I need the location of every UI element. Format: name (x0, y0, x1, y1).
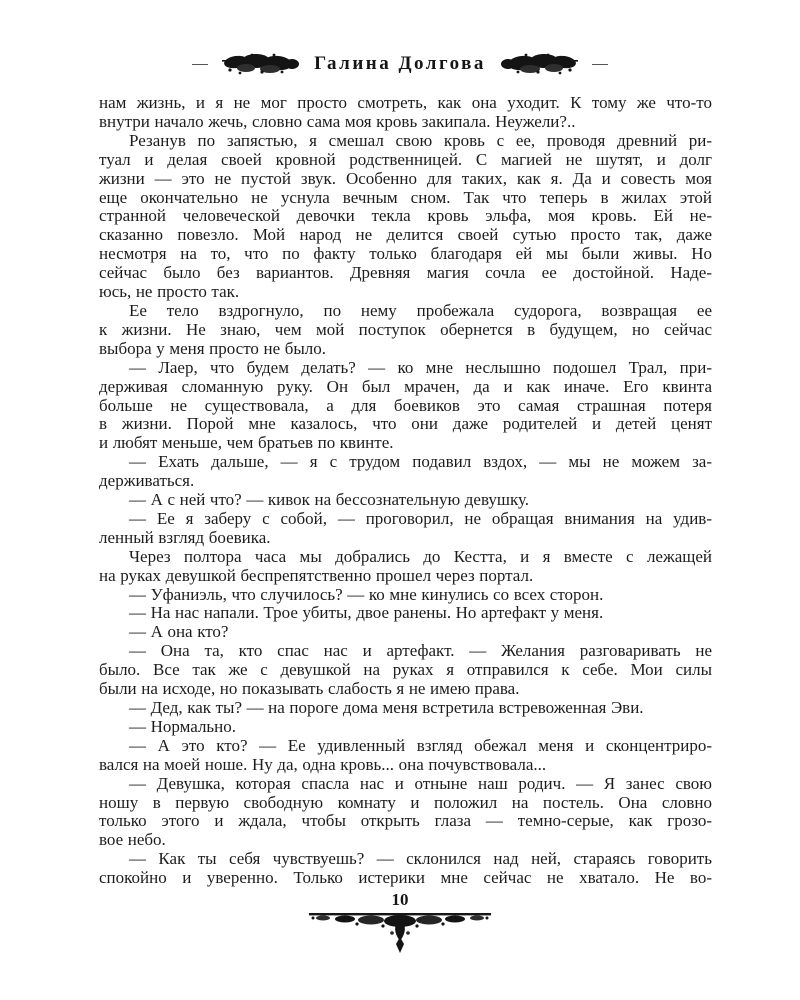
head-rule-right (592, 64, 608, 65)
text-line: держивая сломанную руку. Он был мрачен, … (99, 378, 712, 397)
footer-ornament-icon (305, 911, 495, 955)
text-line: — Ехать дальше, — я с трудом подавил взд… (99, 453, 712, 472)
text-line: — Она та, кто спас нас и артефакт. — Жел… (99, 642, 712, 661)
text-line: несмотря на то, что по факту только благ… (99, 245, 712, 264)
text-block: нам жизнь, и я не мог просто смотреть, к… (99, 94, 712, 888)
text-line: в жизни. Порой мне казалось, что они даж… (99, 415, 712, 434)
floral-ornament-left-icon (222, 52, 300, 76)
running-head: Галина Долгова (0, 52, 800, 76)
text-line: внутри начало жечь, словно сама моя кров… (99, 113, 712, 132)
text-line: — Лаер, что будем делать? — ко мне неслы… (99, 359, 712, 378)
text-line: было. Все так же с девушкой на руках я о… (99, 661, 712, 680)
text-line: — А это кто? — Ее удивленный взгляд обеж… (99, 737, 712, 756)
floral-ornament-right-icon (500, 52, 578, 76)
text-line: ленный взгляд боевика. (99, 529, 712, 548)
text-line: — Нормально. (99, 718, 712, 737)
text-line: юсь, не просто так. (99, 283, 712, 302)
text-line: спокойно и уверенно. Только истерики мне… (99, 869, 712, 888)
text-line: вое небо. (99, 831, 712, 850)
text-line: к жизни. Не знаю, чем мой поступок оберн… (99, 321, 712, 340)
text-line: — А она кто? (99, 623, 712, 642)
text-line: — Уфаниэль, что случилось? — ко мне кину… (99, 586, 712, 605)
text-line: нам жизнь, и я не мог просто смотреть, к… (99, 94, 712, 113)
text-line: — Девушка, которая спасла нас и отныне н… (99, 775, 712, 794)
book-page: Галина Долгова нам жизнь, и я не мог про… (0, 0, 800, 1000)
text-line: только этого и ждала, чтобы открыть глаз… (99, 812, 712, 831)
author-name: Галина Долгова (314, 53, 486, 75)
text-line: — Ее я заберу с собой, — проговорил, не … (99, 510, 712, 529)
page-number: 10 (392, 890, 409, 910)
text-line: еще окончательно не уснула вечным сном. … (99, 189, 712, 208)
text-line: ношу в первую свободную комнату и положи… (99, 794, 712, 813)
text-line: сейчас было без вариантов. Древняя магия… (99, 264, 712, 283)
text-line: выбора у меня просто не было. (99, 340, 712, 359)
text-line: держиваться. (99, 472, 712, 491)
text-line: сказанно повезло. Мой народ не делится с… (99, 226, 712, 245)
text-line: — А с ней что? — кивок на бессознательну… (99, 491, 712, 510)
text-line: Ее тело вздрогнуло, по нему пробежала су… (99, 302, 712, 321)
text-line: жизни — это не пустой звук. Особенно для… (99, 170, 712, 189)
text-line: — На нас напали. Трое убиты, двое ранены… (99, 604, 712, 623)
text-line: были на исходе, но показывать слабость я… (99, 680, 712, 699)
text-line: Резанув по запястью, я смешал свою кровь… (99, 132, 712, 151)
text-line: — Как ты себя чувствуешь? — склонился на… (99, 850, 712, 869)
text-line: — Дед, как ты? — на пороге дома меня вст… (99, 699, 712, 718)
text-line: Через полтора часа мы добрались до Кестт… (99, 548, 712, 567)
page-footer: 10 (0, 890, 800, 955)
text-line: больше не существовала, а для боевиков э… (99, 397, 712, 416)
text-line: и любят меньше, чем братьев по квинте. (99, 434, 712, 453)
text-line: странной человеческой девочки текла кров… (99, 207, 712, 226)
head-rule-left (192, 64, 208, 65)
text-line: на руках девушкой беспрепятственно проше… (99, 567, 712, 586)
text-line: вался на моей ноше. Ну да, одна кровь...… (99, 756, 712, 775)
text-line: туал и делая своей кровной родственницей… (99, 151, 712, 170)
